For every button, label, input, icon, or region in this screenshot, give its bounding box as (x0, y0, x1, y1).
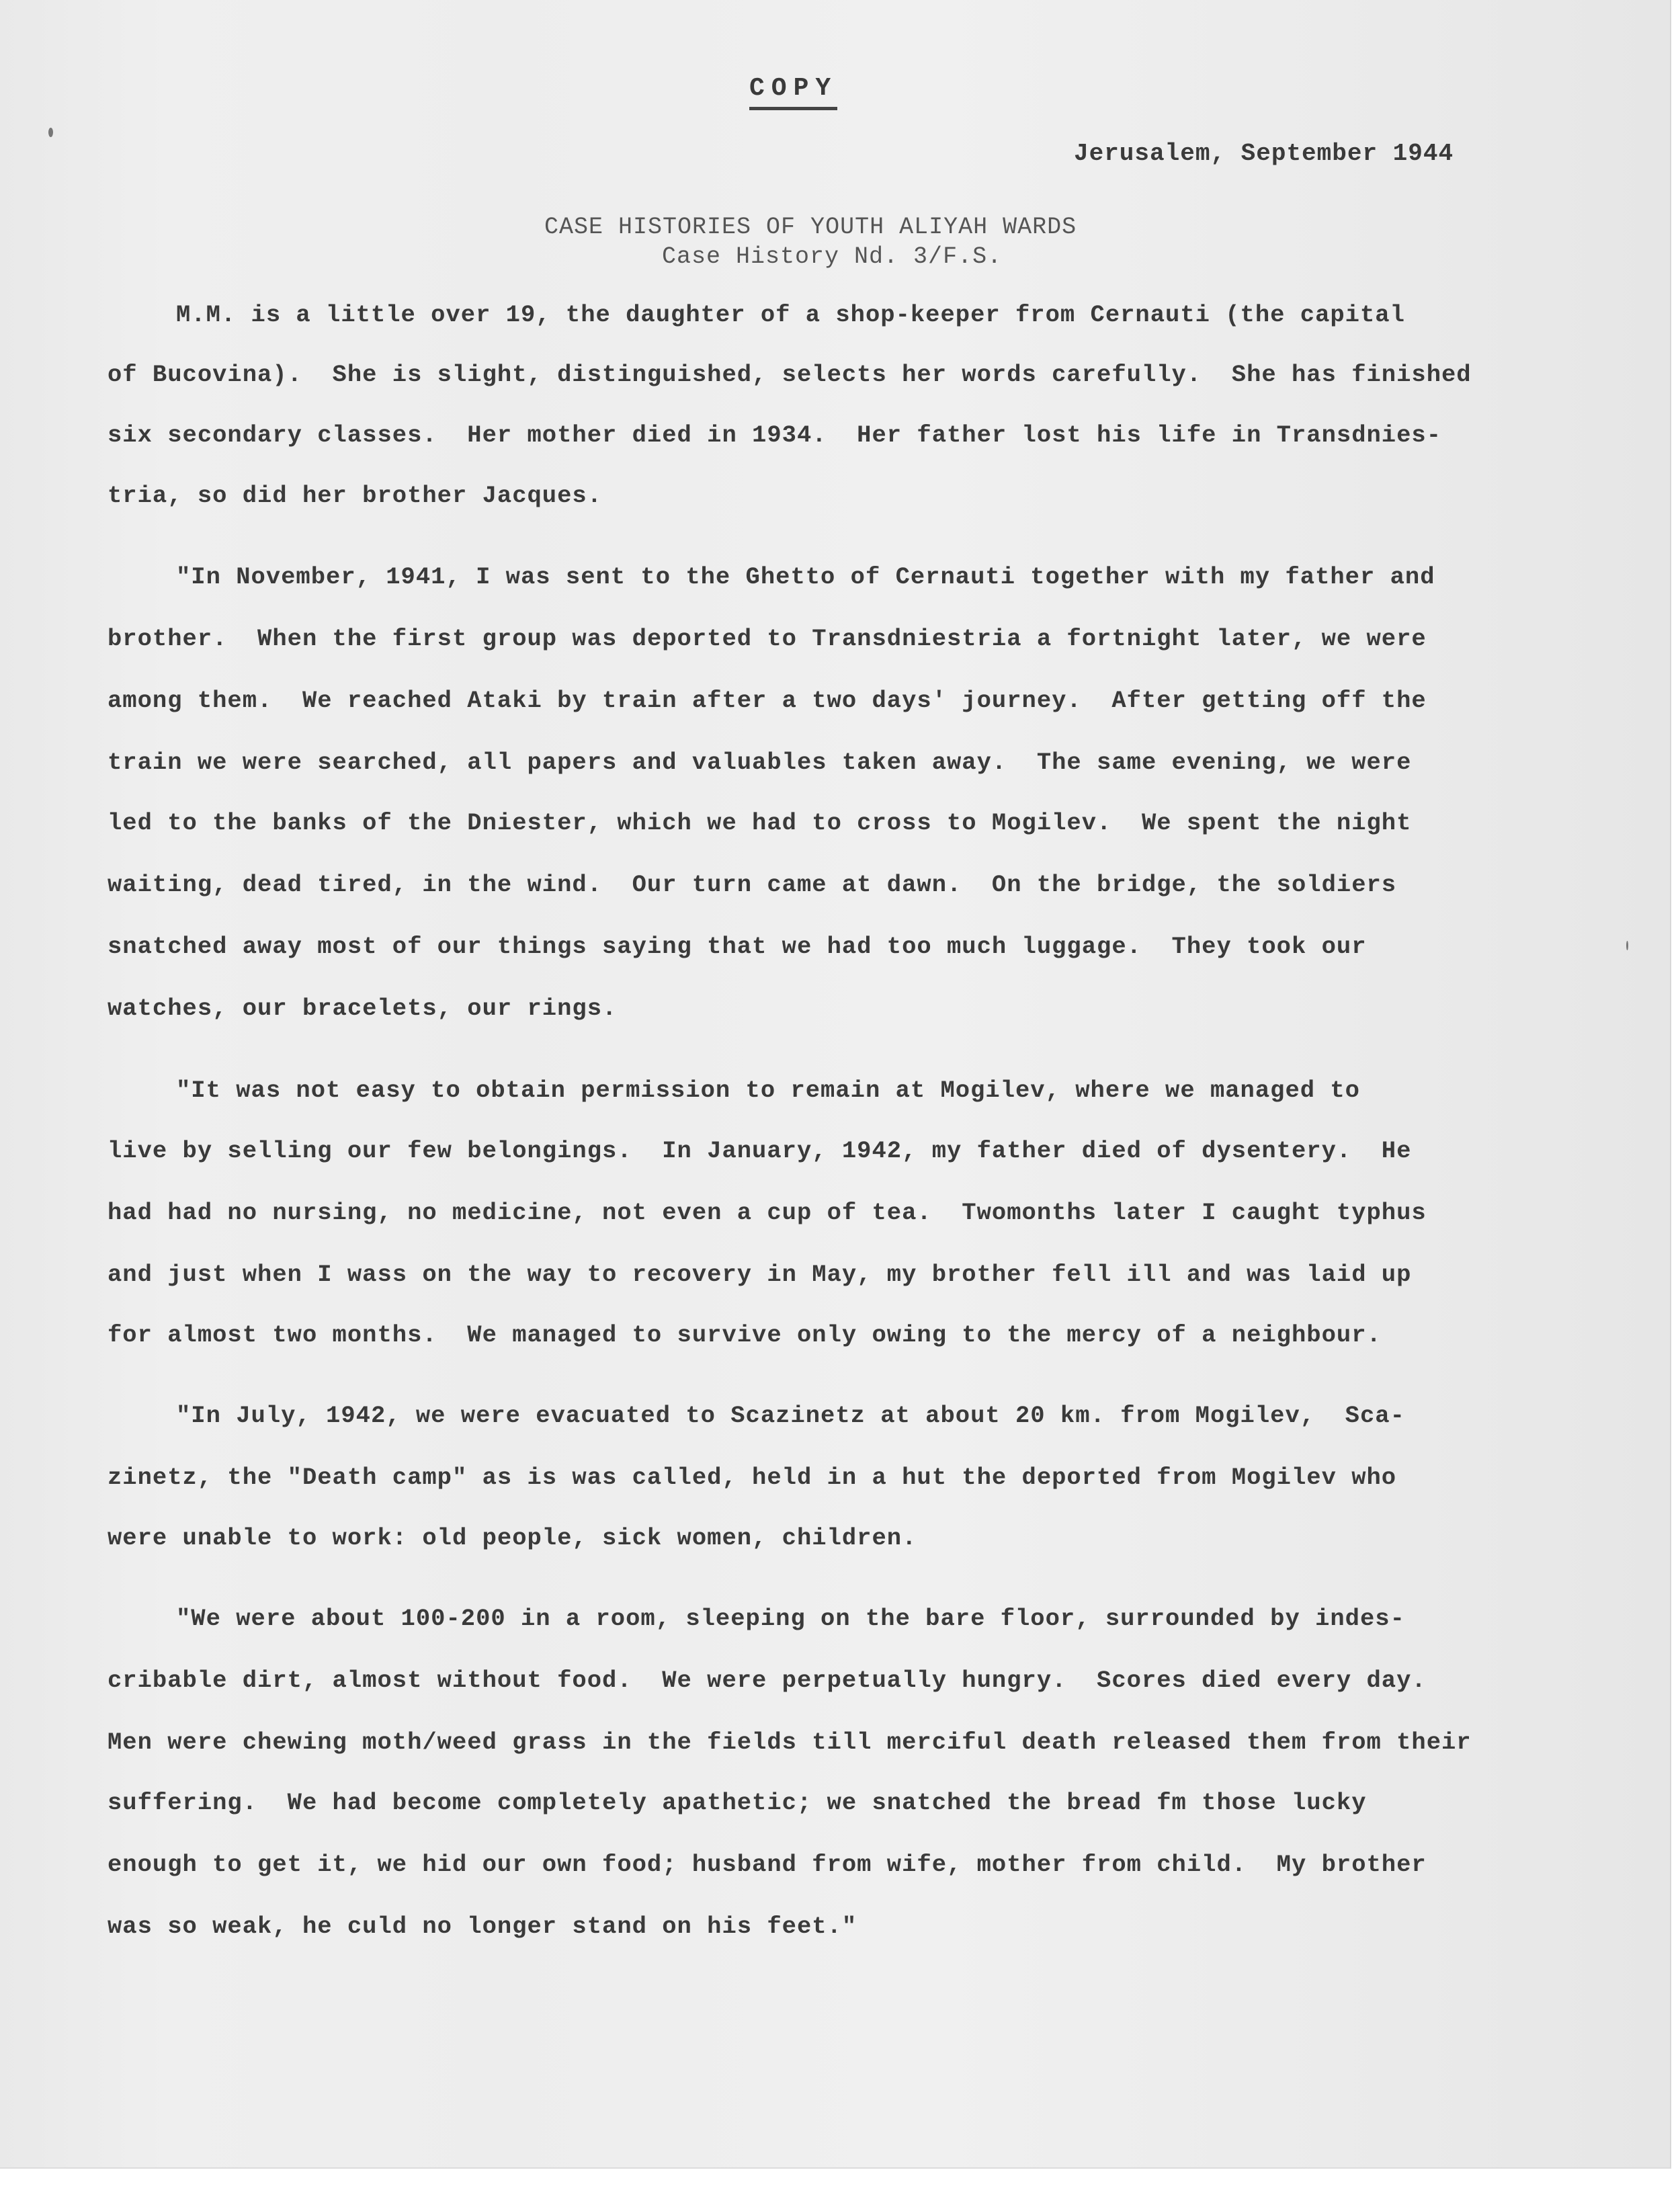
text-line: and just when I wass on the way to recov… (108, 1261, 1411, 1288)
ink-mark (48, 128, 53, 137)
text-line: had had no nursing, no medicine, not eve… (108, 1199, 1427, 1226)
text-line: "In July, 1942, we were evacuated to Sca… (176, 1402, 1405, 1429)
text-line: brother. When the first group was deport… (108, 625, 1427, 653)
text-line: led to the banks of the Dniester, which … (108, 809, 1411, 837)
document-title: CASE HISTORIES OF YOUTH ALIYAH WARDS (544, 214, 1077, 241)
text-line: M.M. is a little over 19, the daughter o… (176, 301, 1405, 329)
text-line: zinetz, the "Death camp" as is was calle… (108, 1464, 1396, 1491)
ink-mark (1626, 941, 1628, 950)
case-history-number: Case History Nd. 3/F.S. (662, 243, 1002, 270)
text-line: cribable dirt, almost without food. We w… (108, 1667, 1427, 1694)
text-line: "In November, 1941, I was sent to the Gh… (176, 563, 1435, 591)
text-line: of Bucovina). She is slight, distinguish… (108, 361, 1472, 388)
text-line: watches, our bracelets, our rings. (108, 995, 617, 1022)
text-line: enough to get it, we hid our own food; h… (108, 1851, 1427, 1878)
text-line: waiting, dead tired, in the wind. Our tu… (108, 871, 1396, 899)
document-page: COPY Jerusalem, September 1944 CASE HIST… (0, 0, 1671, 2169)
text-line: was so weak, he culd no longer stand on … (108, 1913, 857, 1940)
text-line: for almost two months. We managed to sur… (108, 1321, 1382, 1349)
copy-label: COPY (749, 74, 837, 110)
text-line: tria, so did her brother Jacques. (108, 482, 602, 509)
text-line: "We were about 100-200 in a room, sleepi… (176, 1605, 1405, 1632)
text-line: Men were chewing moth/weed grass in the … (108, 1728, 1472, 1756)
text-line: suffering. We had become completely apat… (108, 1789, 1367, 1817)
text-line: train we were searched, all papers and v… (108, 749, 1411, 776)
text-line: among them. We reached Ataki by train af… (108, 687, 1427, 714)
text-line: snatched away most of our things saying … (108, 933, 1367, 960)
text-line: live by selling our few belongings. In J… (108, 1137, 1411, 1165)
place-date: Jerusalem, September 1944 (1074, 140, 1454, 167)
text-line: "It was not easy to obtain permission to… (176, 1077, 1360, 1104)
text-line: six secondary classes. Her mother died i… (108, 421, 1441, 449)
text-line: were unable to work: old people, sick wo… (108, 1524, 917, 1552)
